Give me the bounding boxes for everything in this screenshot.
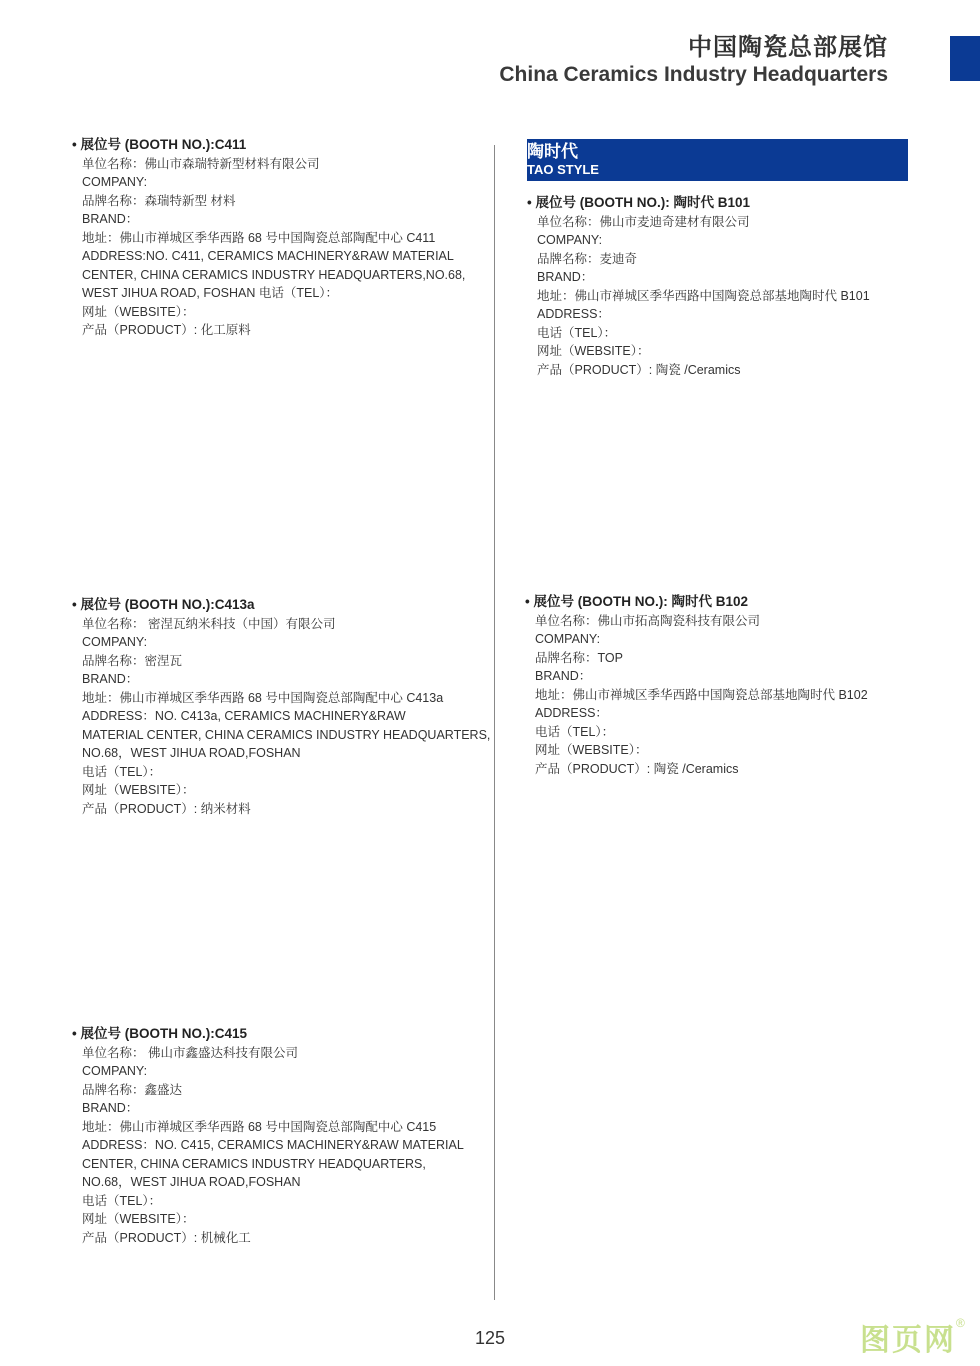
- address-en-1: ADDRESS:NO. C411, CERAMICS MACHINERY&RAW…: [82, 247, 465, 266]
- page-number: 125: [475, 1328, 505, 1349]
- product: 产品（PRODUCT）: 陶瓷 /Ceramics: [535, 760, 868, 779]
- watermark-text: 图页网: [860, 1324, 956, 1357]
- brand-cn: 品牌名称：密涅瓦: [82, 652, 490, 671]
- company-en: COMPANY:: [82, 633, 490, 652]
- section-title-en: TAO STYLE: [527, 162, 908, 178]
- page-header: 中国陶瓷总部展馆 China Ceramics Industry Headqua…: [499, 34, 888, 88]
- address-en-2: CENTER, CHINA CERAMICS INDUSTRY HEADQUAR…: [82, 1155, 464, 1174]
- exhibitor-entry-b101: 展位号 (BOOTH NO.): 陶时代 B101 单位名称：佛山市麦迪奇建材有…: [537, 194, 870, 379]
- header-title-en: China Ceramics Industry Headquarters: [499, 62, 888, 88]
- company-en: COMPANY:: [82, 173, 465, 192]
- address-cn: 地址：佛山市禅城区季华西路 68 号中国陶瓷总部陶配中心 C415: [82, 1118, 464, 1137]
- brand-en: BRAND：: [82, 670, 490, 689]
- brand-en: BRAND：: [537, 268, 870, 287]
- website: 网址（WEBSITE）：: [82, 303, 465, 322]
- header-title-cn: 中国陶瓷总部展馆: [499, 34, 888, 62]
- address-cn: 地址：佛山市禅城区季华西路中国陶瓷总部基地陶时代 B101: [537, 287, 870, 306]
- brand-en: BRAND：: [82, 1099, 464, 1118]
- booth-number: 展位号 (BOOTH NO.):C415: [72, 1025, 464, 1044]
- column-divider: [494, 145, 495, 1300]
- address-en-3: NO.68，WEST JIHUA ROAD,FOSHAN: [82, 744, 490, 763]
- address-en-3: NO.68，WEST JIHUA ROAD,FOSHAN: [82, 1173, 464, 1192]
- brand-en: BRAND：: [535, 667, 868, 686]
- website: 网址（WEBSITE）：: [82, 781, 490, 800]
- brand-cn: 品牌名称：森瑞特新型 材料: [82, 192, 465, 211]
- address-en: ADDRESS：: [537, 305, 870, 324]
- company-en: COMPANY:: [537, 231, 870, 250]
- section-title-cn: 陶时代: [527, 142, 908, 162]
- address-cn: 地址：佛山市禅城区季华西路 68 号中国陶瓷总部陶配中心 C411: [82, 229, 465, 248]
- brand-cn: 品牌名称：TOP: [535, 649, 868, 668]
- address-cn: 地址：佛山市禅城区季华西路 68 号中国陶瓷总部陶配中心 C413a: [82, 689, 490, 708]
- registered-mark-icon: ®: [956, 1316, 967, 1330]
- exhibitor-entry-c413a: 展位号 (BOOTH NO.):C413a 单位名称： 密涅瓦纳米科技（中国）有…: [82, 596, 490, 818]
- booth-number: 展位号 (BOOTH NO.): 陶时代 B101: [527, 194, 870, 213]
- product: 产品（PRODUCT）: 化工原料: [82, 321, 465, 340]
- chapter-tab-marker: [950, 36, 980, 81]
- address-cn: 地址：佛山市禅城区季华西路中国陶瓷总部基地陶时代 B102: [535, 686, 868, 705]
- company-en: COMPANY:: [535, 630, 868, 649]
- address-en-2: MATERIAL CENTER, CHINA CERAMICS INDUSTRY…: [82, 726, 490, 745]
- address-en-1: ADDRESS：NO. C415, CERAMICS MACHINERY&RAW…: [82, 1136, 464, 1155]
- section-header-tao-style: 陶时代 TAO STYLE: [527, 139, 908, 181]
- brand-en: BRAND：: [82, 210, 465, 229]
- tel: 电话（TEL）：: [537, 324, 870, 343]
- website: 网址（WEBSITE）：: [535, 741, 868, 760]
- watermark-logo: 图页网®: [860, 1315, 967, 1359]
- address-en-1: ADDRESS：NO. C413a, CERAMICS MACHINERY&RA…: [82, 707, 490, 726]
- tel: 电话（TEL）：: [535, 723, 868, 742]
- address-en-2: CENTER, CHINA CERAMICS INDUSTRY HEADQUAR…: [82, 266, 465, 285]
- company-cn: 单位名称：佛山市森瑞特新型材料有限公司: [82, 155, 465, 174]
- company-cn: 单位名称： 密涅瓦纳米科技（中国）有限公司: [82, 615, 490, 634]
- website: 网址（WEBSITE）：: [537, 342, 870, 361]
- company-cn: 单位名称：佛山市拓高陶瓷科技有限公司: [535, 612, 868, 631]
- company-cn: 单位名称：佛山市麦迪奇建材有限公司: [537, 213, 870, 232]
- product: 产品（PRODUCT）: 纳米材料: [82, 800, 490, 819]
- address-en: ADDRESS：: [535, 704, 868, 723]
- product: 产品（PRODUCT）: 陶瓷 /Ceramics: [537, 361, 870, 380]
- exhibitor-entry-b102: 展位号 (BOOTH NO.): 陶时代 B102 单位名称：佛山市拓高陶瓷科技…: [535, 593, 868, 778]
- tel: 电话（TEL）：: [82, 1192, 464, 1211]
- booth-number: 展位号 (BOOTH NO.):C411: [72, 136, 465, 155]
- exhibitor-entry-c415: 展位号 (BOOTH NO.):C415 单位名称： 佛山市鑫盛达科技有限公司 …: [82, 1025, 464, 1247]
- exhibitor-entry-c411: 展位号 (BOOTH NO.):C411 单位名称：佛山市森瑞特新型材料有限公司…: [82, 136, 465, 340]
- website: 网址（WEBSITE）：: [82, 1210, 464, 1229]
- product: 产品（PRODUCT）: 机械化工: [82, 1229, 464, 1248]
- tel: 电话（TEL）：: [82, 763, 490, 782]
- booth-number: 展位号 (BOOTH NO.): 陶时代 B102: [525, 593, 868, 612]
- brand-cn: 品牌名称：鑫盛达: [82, 1081, 464, 1100]
- company-en: COMPANY:: [82, 1062, 464, 1081]
- address-en-3-tel: WEST JIHUA ROAD, FOSHAN 电话（TEL）：: [82, 284, 465, 303]
- booth-number: 展位号 (BOOTH NO.):C413a: [72, 596, 490, 615]
- company-cn: 单位名称： 佛山市鑫盛达科技有限公司: [82, 1044, 464, 1063]
- brand-cn: 品牌名称：麦迪奇: [537, 250, 870, 269]
